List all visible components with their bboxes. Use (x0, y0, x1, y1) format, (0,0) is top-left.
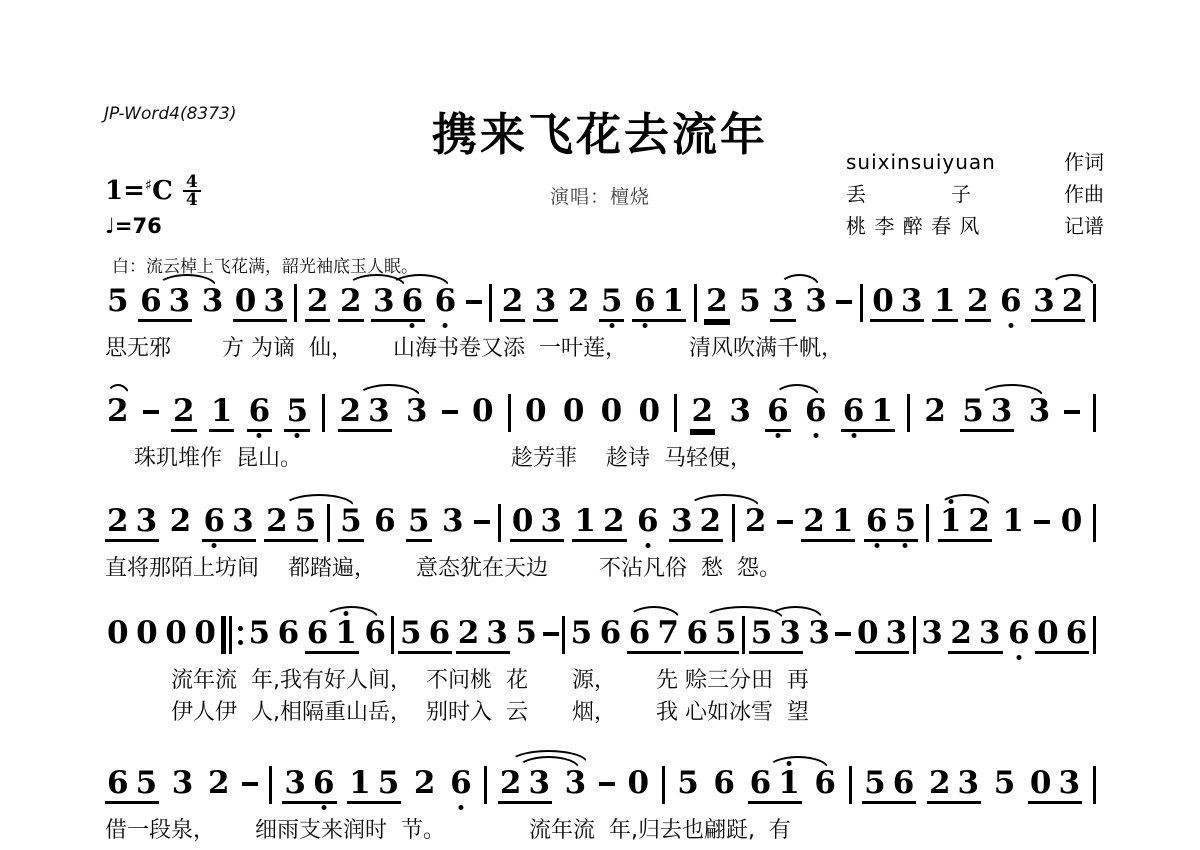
note-group: 61 (632, 288, 686, 322)
note: 3 (779, 620, 801, 647)
note-group: 2 (338, 288, 364, 322)
note: 2 (107, 398, 129, 425)
note: 6 (634, 288, 656, 315)
note: 3 (169, 288, 191, 315)
barline (391, 616, 394, 654)
repeat-thick-bar (221, 616, 226, 654)
credits: suixinsuiyuan 作词 丢 子 作曲 桃 李 醉 春 风 记谱 (846, 146, 1104, 242)
note: 6 (249, 398, 271, 425)
note-group: 2 (412, 770, 438, 804)
note-group: 2 (743, 508, 769, 542)
notation-row: 22165233000002366612533 (105, 398, 1096, 442)
note-group: 5 (105, 288, 131, 322)
note: 5 (751, 620, 773, 647)
note: 6 (313, 770, 335, 797)
note-group: 0 (1059, 508, 1085, 542)
sharp-icon: ♯ (145, 176, 152, 194)
note-group: 5 (246, 620, 272, 654)
barline (562, 616, 565, 654)
note: 0 (638, 398, 660, 425)
slur-arc (106, 384, 130, 397)
note-group: 0 (470, 398, 496, 432)
note-group: 12 (938, 508, 992, 542)
note-group: 56 (862, 770, 916, 804)
note: 1 (778, 770, 800, 797)
note: 5 (295, 508, 317, 535)
note: 3 (284, 770, 306, 797)
note: 5 (962, 398, 984, 425)
note: 3 (486, 620, 508, 647)
note: 6 (1066, 620, 1088, 647)
score-line-1: 5633032236623256125330312632思无邪 方 为谪 仙， … (105, 288, 1096, 364)
note: 1 (574, 508, 596, 535)
barline (860, 284, 863, 322)
slur-arc (357, 384, 421, 397)
note: 3 (772, 288, 794, 315)
note: 0 (601, 398, 623, 425)
note-group: 3 (727, 398, 753, 432)
note: 0 (512, 508, 534, 535)
note: 6 (814, 770, 836, 797)
note: 2 (266, 508, 288, 535)
note-group: 5 (569, 620, 595, 654)
dash-note (474, 520, 490, 524)
note-group: 63 (202, 508, 256, 542)
note-group: 6 (812, 770, 838, 804)
note: 1 (663, 288, 685, 315)
note-group: 6 (598, 620, 624, 654)
slur-arc (324, 606, 379, 619)
note: 1 (349, 770, 371, 797)
note: 2 (968, 508, 990, 535)
note-group: 2 (690, 398, 716, 432)
note: 2 (706, 288, 728, 315)
slur-arc (1050, 274, 1095, 287)
notation-row: 65323615262330566165623503 (105, 770, 1096, 814)
dash-note (1034, 520, 1050, 524)
note: 2 (340, 288, 362, 315)
score-line-4: 0000566165623556676553303323606 流年流 年,我有… (105, 620, 1096, 728)
note-group: 6 (765, 398, 791, 432)
note: 5 (340, 508, 362, 535)
note: 3 (1033, 288, 1055, 315)
note-group: 6 (998, 288, 1024, 322)
repeat-start-sign (221, 616, 243, 654)
note: 2 (700, 508, 722, 535)
lyrics-row: 伊人伊 人,相隔重山岳， 别时入 云 烟， 我 心如冰雪 望 (105, 698, 1096, 728)
dash-note (599, 782, 615, 786)
note: 0 (165, 620, 187, 647)
dash-note (242, 782, 258, 786)
note: 2 (208, 770, 230, 797)
dash-note (836, 300, 852, 304)
note: 5 (601, 288, 623, 315)
note-group: 36 (282, 770, 336, 804)
note: 0 (525, 398, 547, 425)
note: 3 (565, 770, 587, 797)
note: 2 (929, 770, 951, 797)
note: 3 (442, 508, 464, 535)
dash-note (143, 410, 159, 414)
note: 6 (843, 398, 865, 425)
key-signature: 1=♯C 4 4 (105, 174, 201, 208)
note-group: 3 (1027, 398, 1053, 432)
note-group: 23 (105, 508, 159, 542)
note: 2 (1062, 288, 1084, 315)
slur-arc (509, 750, 588, 763)
note: 6 (893, 770, 915, 797)
transcriber-name: 桃 李 醉 春 风 (846, 210, 980, 242)
note: 3 (373, 288, 395, 315)
note-group: 3 (200, 288, 226, 322)
note: 6 (767, 398, 789, 425)
note: 3 (1058, 770, 1080, 797)
note: 3 (921, 620, 943, 647)
note-group: 3 (806, 620, 832, 654)
barline (926, 504, 929, 542)
key-letter: C (152, 176, 173, 206)
barline (694, 284, 697, 322)
note: 6 (140, 288, 162, 315)
note-group: 6 (433, 288, 459, 322)
note-group: 6 (276, 620, 302, 654)
credit-composer: 丢 子 作曲 (846, 178, 1104, 210)
note-group: 5 (338, 508, 364, 542)
note-group: 65 (864, 508, 918, 542)
note: 6 (107, 770, 129, 797)
note-group: 61 (305, 620, 359, 654)
note: 6 (629, 620, 651, 647)
time-signature: 4 4 (183, 174, 201, 208)
barline (742, 616, 745, 654)
note-group: 6 (362, 620, 388, 654)
slur-arc (774, 384, 820, 397)
note-group: 23 (948, 620, 1002, 654)
note: 3 (979, 620, 1001, 647)
note-group: 3 (170, 770, 196, 804)
note: 0 (857, 620, 879, 647)
note: 6 (637, 508, 659, 535)
note-group: 3 (803, 288, 829, 322)
note: 0 (194, 620, 216, 647)
note-group: 2 (566, 288, 592, 322)
note: 3 (805, 288, 827, 315)
note: 6 (713, 770, 735, 797)
note-group: 5 (992, 770, 1018, 804)
score-line-5: 65323615262330566165623503借一段泉， 细雨支来润时 节… (105, 770, 1096, 846)
note: 0 (107, 620, 129, 647)
note: 2 (502, 288, 524, 315)
barline (498, 504, 501, 542)
note: 0 (1030, 770, 1052, 797)
note: 5 (715, 620, 737, 647)
note-group: 6 (635, 508, 661, 542)
note-group: 3 (770, 288, 796, 322)
barline (849, 766, 852, 804)
note: 5 (400, 620, 422, 647)
repeat-thin-bar (229, 616, 232, 654)
note-group: 6 (803, 398, 829, 432)
note-group: 06 (1035, 620, 1089, 654)
notation-row: 0000566165623556676553303323606 (105, 620, 1096, 664)
slur-arc (283, 494, 355, 507)
barline (1093, 766, 1096, 804)
slur-arc (628, 606, 680, 619)
note: 5 (739, 288, 761, 315)
dash-note (777, 520, 793, 524)
note: 6 (805, 398, 827, 425)
barline (294, 284, 297, 322)
note: 2 (924, 398, 946, 425)
note-group: 32 (669, 508, 723, 542)
barline (1093, 504, 1096, 542)
note: 6 (307, 620, 329, 647)
note-group: 3 (404, 398, 430, 432)
note: 1 (211, 398, 233, 425)
note-group: 03 (870, 288, 924, 322)
note: 2 (170, 508, 192, 535)
note-group: 0 (599, 398, 625, 432)
note-group: 2 (206, 770, 232, 804)
note-group: 36 (371, 288, 425, 322)
composer-role: 作曲 (1064, 178, 1104, 210)
note: 3 (202, 288, 224, 315)
note-group: 5 (284, 398, 310, 432)
tempo-value: =76 (115, 214, 162, 238)
note-group: 63 (138, 288, 192, 322)
note-group: 0 (105, 620, 131, 654)
lyrics-row: 流年流 年,我有好人间， 不问桃 花 源， 先 赊三分田 再 (105, 666, 1096, 696)
note: 3 (263, 288, 285, 315)
key-text: 1=♯C (105, 176, 173, 206)
slur-arc (768, 606, 823, 619)
sheet-page: JP-Word4(8373) 携来飞花去流年 演唱：檀烧 suixinsuiyu… (0, 0, 1200, 850)
note-group: 6 (711, 770, 737, 804)
note-group: 0 (192, 620, 218, 654)
note: 1 (832, 508, 854, 535)
note-group: 3 (533, 288, 559, 322)
barline (489, 284, 492, 322)
note-group: 25 (264, 508, 318, 542)
credit-lyricist: suixinsuiyuan 作词 (846, 146, 1104, 178)
note: 3 (232, 508, 254, 535)
barline (1093, 394, 1096, 432)
note: 0 (235, 288, 257, 315)
note: 3 (886, 620, 908, 647)
note: 3 (172, 770, 194, 797)
note: 3 (136, 508, 158, 535)
note-group: 23 (498, 770, 552, 804)
note-group: 32 (1031, 288, 1085, 322)
lyrics-row: 思无邪 方 为谪 仙， 山海书卷又添 一叶莲， 清风吹满千帆， (105, 334, 1096, 364)
note: 1 (1002, 508, 1024, 535)
dash-note (442, 410, 458, 414)
barline (913, 616, 916, 654)
note: 2 (967, 288, 989, 315)
note: 6 (1000, 288, 1022, 315)
barline (269, 766, 272, 804)
note: 0 (1061, 508, 1083, 535)
note: 0 (472, 398, 494, 425)
note: 3 (991, 398, 1013, 425)
lyricist-name: suixinsuiyuan (846, 146, 996, 178)
note: 6 (450, 770, 472, 797)
note: 5 (408, 508, 430, 535)
note-group: 2 (305, 288, 331, 322)
note: 6 (204, 508, 226, 535)
tempo-marking: ♩=76 (105, 214, 162, 238)
note: 2 (458, 620, 480, 647)
score-line-2: 22165233000002366612533 珠玑堆作 昆山。 趁芳菲 趁诗 … (105, 398, 1096, 474)
note: 7 (657, 620, 679, 647)
note: 5 (136, 770, 158, 797)
note-group: 6 (372, 508, 398, 542)
note: 6 (600, 620, 622, 647)
note-group: 5 (406, 508, 432, 542)
note-group: 2 (105, 398, 131, 432)
note: 5 (677, 770, 699, 797)
note: 2 (950, 620, 972, 647)
note-group: 5 (513, 620, 539, 654)
note: 5 (515, 620, 537, 647)
note: 2 (107, 508, 129, 535)
note-group: 61 (841, 398, 895, 432)
note: 3 (671, 508, 693, 535)
barline (508, 394, 511, 432)
note: 3 (1029, 398, 1051, 425)
note-group: 3 (919, 620, 945, 654)
note: 6 (750, 770, 772, 797)
note: 0 (627, 770, 649, 797)
note: 6 (435, 288, 457, 315)
note: 0 (1037, 620, 1059, 647)
note-group: 5 (599, 288, 625, 322)
note: 2 (568, 288, 590, 315)
note: 3 (958, 770, 980, 797)
score-line-3: 232632556530312632221651210直将那陌上坊间 都踏遍， … (105, 508, 1096, 584)
repeat-dots (238, 626, 243, 645)
slur-arc (767, 756, 829, 769)
note: 3 (528, 770, 550, 797)
note: 5 (994, 770, 1016, 797)
note: 5 (248, 620, 270, 647)
dash-note (1064, 410, 1080, 414)
note: 3 (729, 398, 751, 425)
note-group: 61 (748, 770, 802, 804)
note-group: 2 (500, 288, 526, 322)
note: 5 (894, 508, 916, 535)
note-group: 2 (704, 288, 730, 322)
note-group: 0 (561, 398, 587, 432)
barline (1093, 616, 1096, 654)
slur-arc (939, 494, 991, 507)
note: 2 (414, 770, 436, 797)
time-beats: 4 (183, 174, 201, 190)
note-group: 1 (209, 398, 235, 432)
note-group: 15 (347, 770, 401, 804)
lyrics-row: 珠玑堆作 昆山。 趁芳菲 趁诗 马轻便， (105, 444, 1096, 474)
note-group: 12 (572, 508, 626, 542)
note-group: 6 (448, 770, 474, 804)
note-group: 6 (247, 398, 273, 432)
note: 1 (934, 288, 956, 315)
transcriber-role: 记谱 (1064, 210, 1104, 242)
note-group: 65 (684, 620, 738, 654)
note: 6 (429, 620, 451, 647)
note: 6 (374, 508, 396, 535)
note-group: 53 (960, 398, 1014, 432)
note-group: 6 (1006, 620, 1032, 654)
note: 2 (692, 398, 714, 425)
note: 3 (901, 288, 923, 315)
barline (322, 394, 325, 432)
note: 2 (173, 398, 195, 425)
lyrics-row: 借一段泉， 细雨支来润时 节。 流年流 年,归去也翩跹, 有 (105, 816, 1096, 846)
note-group: 23 (456, 620, 510, 654)
note: 3 (368, 398, 390, 425)
note-group: 03 (1028, 770, 1082, 804)
note: 5 (864, 770, 886, 797)
note-group: 03 (855, 620, 909, 654)
note-group: 56 (398, 620, 452, 654)
note: 3 (406, 398, 428, 425)
note-group: 0 (163, 620, 189, 654)
note: 6 (686, 620, 708, 647)
slur-arc (688, 494, 760, 507)
note: 2 (307, 288, 329, 315)
note-group: 03 (510, 508, 564, 542)
note: 6 (402, 288, 424, 315)
lyrics-row: 直将那陌上坊间 都踏遍， 意态犹在天边 不沾凡俗 愁 怨。 (105, 554, 1096, 584)
key-prefix: 1= (105, 176, 145, 206)
barline (327, 504, 330, 542)
note-group: 0 (636, 398, 662, 432)
note: 6 (1008, 620, 1030, 647)
note: 0 (136, 620, 158, 647)
note: 2 (745, 508, 767, 535)
quarter-note-icon: ♩ (105, 214, 115, 238)
note: 3 (808, 620, 830, 647)
note-group: 2 (965, 288, 991, 322)
notation-row: 5633032236623256125330312632 (105, 288, 1096, 332)
note-group: 23 (927, 770, 981, 804)
credit-transcriber: 桃 李 醉 春 风 记谱 (846, 210, 1104, 242)
barline (662, 766, 665, 804)
barline (1093, 284, 1096, 322)
note: 5 (378, 770, 400, 797)
dash-note (543, 632, 559, 636)
note: 5 (286, 398, 308, 425)
note-group: 65 (105, 770, 159, 804)
note-group: 0 (625, 770, 651, 804)
note-group: 53 (749, 620, 803, 654)
slur-arc (779, 274, 820, 287)
barline (732, 504, 735, 542)
note-group: 3 (563, 770, 589, 804)
note-group: 21 (801, 508, 855, 542)
note: 3 (540, 508, 562, 535)
note-group: 67 (627, 620, 681, 654)
note-group: 3 (440, 508, 466, 542)
note: 1 (871, 398, 893, 425)
dash-note (466, 300, 482, 304)
note: 2 (803, 508, 825, 535)
note: 6 (278, 620, 300, 647)
note: 1 (940, 508, 962, 535)
note-group: 1 (1000, 508, 1026, 542)
notation-row: 232632556530312632221651210 (105, 508, 1096, 552)
barline (484, 766, 487, 804)
